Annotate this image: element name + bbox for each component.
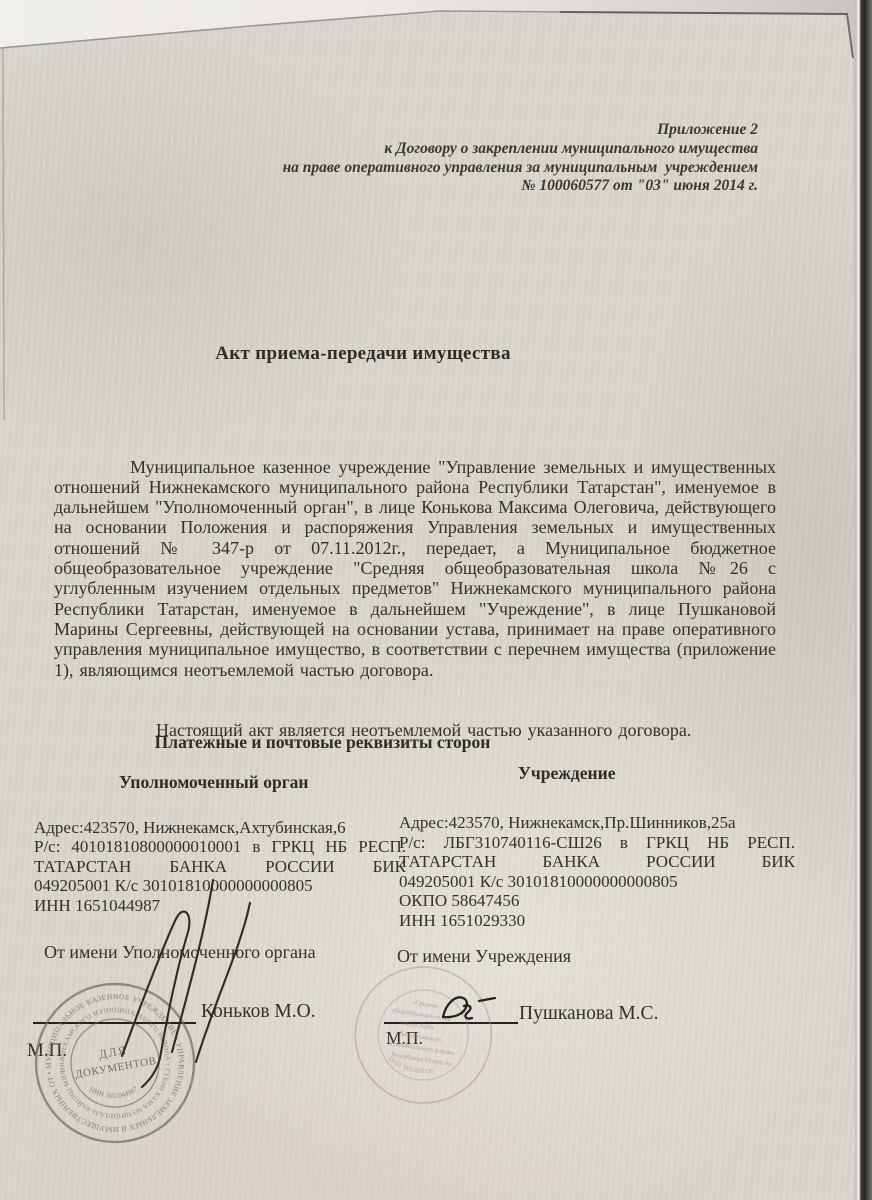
detail-line: 049205001 К/с 30101810000000000805 <box>399 872 795 892</box>
detail-line: ИНН 1651029330 <box>399 911 795 931</box>
svg-text:школа №26»: школа №26» <box>400 1019 435 1031</box>
authorized-body-details: Адрес:423570, Нижнекамск,Ахтубинская,6Р/… <box>34 818 406 915</box>
annex-line: к Договору о закреплении муниципального … <box>278 140 758 159</box>
detail-line: Р/с: ЛБГ310740116-СШ26 в ГРКЦ НБ РЕСП. <box>399 833 795 853</box>
detail-line: ОКПО 58647456 <box>399 891 795 911</box>
institution-signatory-name: Пушканова М.С. <box>519 1003 658 1025</box>
stamp-inn-text: ИНН 1651044987 <box>87 1078 140 1105</box>
scanned-document-page: Приложение 2к Договору о закреплении мун… <box>0 0 872 1200</box>
scan-edge-shadow <box>854 0 872 1200</box>
detail-line: ИНН 1651044987 <box>34 896 406 915</box>
document-title: Акт приема-передачи имущества <box>128 343 598 365</box>
authorized-signatory-name: Коньков М.О. <box>201 1001 316 1023</box>
detail-line: Адрес:423570, Нижнекамск,Пр.Шинников,25а <box>399 813 795 833</box>
detail-line: Р/с: 40101810800000010001 в ГРКЦ НБ РЕСП… <box>34 837 406 856</box>
annex-line: № 100060577 от "03" июня 2014 г. <box>278 177 758 196</box>
detail-line: ТАТАРСТАН БАНКА РОССИИ БИК <box>34 857 406 876</box>
detail-line: ТАТАРСТАН БАНКА РОССИИ БИК <box>399 852 795 872</box>
detail-line: 049205001 К/с 30101810000000000805 <box>34 876 406 895</box>
authorized-body-heading: Уполномоченный орган <box>119 772 309 793</box>
document-body: Муниципальное казенное учреждение "Управ… <box>54 416 776 781</box>
authorized-sign-caption: От имени Уполномоченного органа <box>44 942 316 963</box>
detail-line: Адрес:423570, Нижнекамск,Ахтубинская,6 <box>34 818 406 837</box>
institution-round-stamp: «Средняя общеобразовательная школа №26» … <box>337 951 509 1123</box>
institution-heading: Учреждение <box>518 763 615 784</box>
stamp-center-text: «Средняя общеобразовательная школа №26» … <box>385 996 462 1068</box>
institution-details: Адрес:423570, Нижнекамск,Пр.Шинников,25а… <box>399 813 795 930</box>
annex-line: на праве оперативного управления за муни… <box>278 159 758 178</box>
annex-note: Приложение 2к Договору о закреплении мун… <box>278 121 758 196</box>
svg-text:ИНН 1651044987: ИНН 1651044987 <box>87 1078 140 1105</box>
requisites-title: Платежные и почтовые реквизиты сторон <box>150 732 495 753</box>
stamp-center-line1: ДЛЯ <box>98 1043 129 1062</box>
authorized-round-stamp: • МУНИЦИПАЛЬНОЕ КАЗЕННОЕ УЧРЕЖДЕНИЕ • УП… <box>14 962 216 1164</box>
svg-text:«Средняя: «Средняя <box>412 999 439 1010</box>
body-paragraph-1: Муниципальное казенное учреждение "Управ… <box>54 457 776 680</box>
annex-line: Приложение 2 <box>278 121 758 140</box>
